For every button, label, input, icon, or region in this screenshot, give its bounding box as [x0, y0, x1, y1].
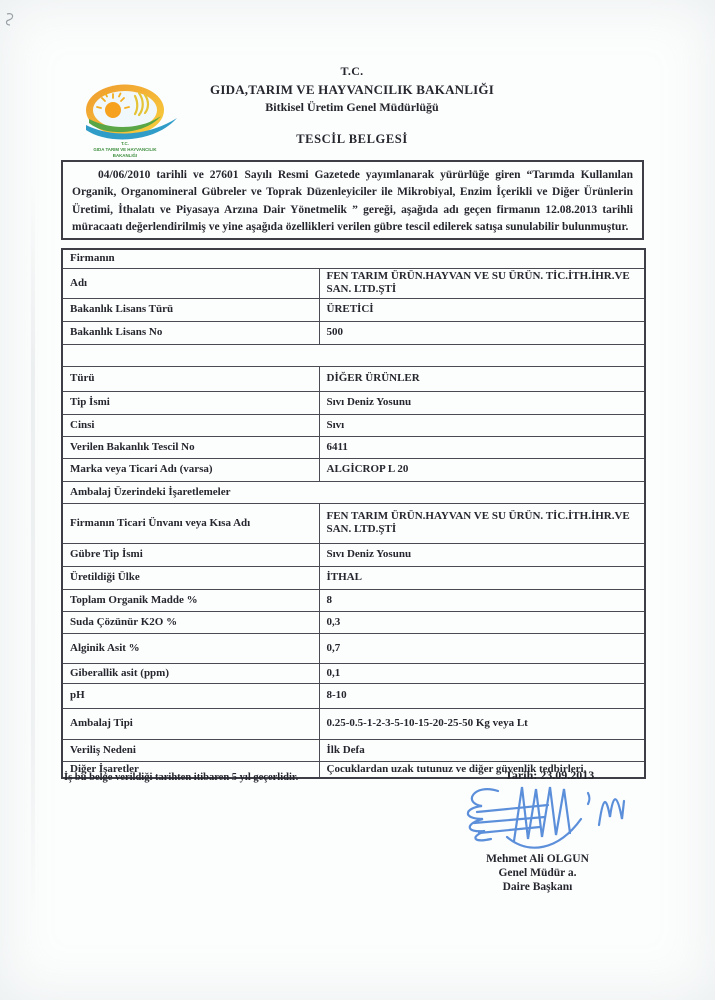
signer-block: Mehmet Ali OLGUN Genel Müdür a. Daire Ba…	[440, 852, 635, 894]
table-row: Suda Çözünür K2O %0,3	[62, 611, 645, 633]
table-row: CinsiSıvı	[62, 414, 645, 436]
field-value: 0,1	[319, 663, 645, 683]
table-row: Üretildiği ÜlkeİTHAL	[62, 566, 645, 589]
table-row: Veriliş Nedeniİlk Defa	[62, 739, 645, 761]
field-value: ALGİCROP L 20	[319, 458, 645, 481]
document-title: TESCİL BELGESİ	[0, 132, 704, 147]
field-label: Tip İsmi	[62, 391, 319, 414]
field-value: DİĞER ÜRÜNLER	[319, 366, 645, 391]
field-label: Adı	[62, 268, 319, 298]
section-header-row: Firmanın	[62, 249, 645, 268]
signer-title-1: Genel Müdür a.	[440, 866, 635, 880]
logo-caption-ministry: GIDA TARIM VE HAYVANCILIK	[93, 147, 157, 152]
field-label: Ambalaj Tipi	[62, 708, 319, 739]
field-value: 8-10	[319, 683, 645, 708]
signer-name: Mehmet Ali OLGUN	[440, 852, 635, 866]
section-title: Ambalaj Üzerindeki İşaretlemeler	[62, 481, 645, 503]
intro-paragraph: 04/06/2010 tarihli ve 27601 Sayılı Resmi…	[72, 167, 633, 236]
table-row: Tip İsmiSıvı Deniz Yosunu	[62, 391, 645, 414]
intro-box: 04/06/2010 tarihli ve 27601 Sayılı Resmi…	[61, 160, 644, 240]
field-value: FEN TARIM ÜRÜN.HAYVAN VE SU ÜRÜN. TİC.İT…	[319, 268, 645, 298]
table-row: Verilen Bakanlık Tescil No6411	[62, 436, 645, 458]
table-row: Bakanlık Lisans No500	[62, 321, 645, 344]
field-value: 0.25-0.5-1-2-3-5-10-15-20-25-50 Kg veya …	[319, 708, 645, 739]
spacer-row	[62, 344, 645, 366]
signature-ink	[452, 781, 634, 855]
republic-title: T.C.	[0, 64, 704, 79]
field-value: ÜRETİCİ	[319, 298, 645, 321]
table-row: Marka veya Ticari Adı (varsa)ALGİCROP L …	[62, 458, 645, 481]
table-row: Ambalaj Tipi0.25-0.5-1-2-3-5-10-15-20-25…	[62, 708, 645, 739]
field-label: pH	[62, 683, 319, 708]
directorate-title: Bitkisel Üretim Genel Müdürlüğü	[0, 100, 704, 115]
logo-caption-bakanlik: BAKANLIĞI	[113, 153, 137, 158]
table-row: Firmanın Ticari Ünvanı veya Kısa AdıFEN …	[62, 503, 645, 543]
validity-note: İş bu belge verildiği tarihten itibaren …	[64, 772, 298, 783]
field-label: Giberallik asit (ppm)	[62, 663, 319, 683]
field-value: Çocuklardan uzak tutunuz ve diğer güvenl…	[319, 761, 645, 778]
field-label: Gübre Tip İsmi	[62, 543, 319, 566]
field-value: 6411	[319, 436, 645, 458]
field-label: Verilen Bakanlık Tescil No	[62, 436, 319, 458]
field-value: 0,3	[319, 611, 645, 633]
spacer-cell	[62, 344, 645, 366]
field-label: Üretildiği Ülke	[62, 566, 319, 589]
ministry-title: GIDA,TARIM VE HAYVANCILIK BAKANLIĞI	[0, 82, 704, 98]
field-value: 0,7	[319, 633, 645, 663]
table-row: TürüDİĞER ÜRÜNLER	[62, 366, 645, 391]
table-row: AdıFEN TARIM ÜRÜN.HAYVAN VE SU ÜRÜN. TİC…	[62, 268, 645, 298]
header-title-block: T.C. GIDA,TARIM VE HAYVANCILIK BAKANLIĞI…	[0, 64, 704, 147]
field-value: Sıvı Deniz Yosunu	[319, 543, 645, 566]
table-row: Alginik Asit %0,7	[62, 633, 645, 663]
scanned-certificate-page: T.C. GIDA TARIM VE HAYVANCILIK BAKANLIĞI…	[0, 0, 715, 1000]
field-label: Cinsi	[62, 414, 319, 436]
field-label: Türü	[62, 366, 319, 391]
field-value: 500	[319, 321, 645, 344]
signer-title-2: Daire Başkanı	[440, 880, 635, 894]
field-value: İTHAL	[319, 566, 645, 589]
field-label: Bakanlık Lisans Türü	[62, 298, 319, 321]
field-value: 8	[319, 589, 645, 611]
field-value: FEN TARIM ÜRÜN.HAYVAN VE SU ÜRÜN. TİC.İT…	[319, 503, 645, 543]
registration-table: FirmanınAdıFEN TARIM ÜRÜN.HAYVAN VE SU Ü…	[61, 248, 646, 779]
section-title: Firmanın	[62, 249, 645, 268]
field-label: Marka veya Ticari Adı (varsa)	[62, 458, 319, 481]
field-value: Sıvı	[319, 414, 645, 436]
field-label: Toplam Organik Madde %	[62, 589, 319, 611]
field-label: Alginik Asit %	[62, 633, 319, 663]
table-row: Toplam Organik Madde %8	[62, 589, 645, 611]
field-value: İlk Defa	[319, 739, 645, 761]
field-value: Sıvı Deniz Yosunu	[319, 391, 645, 414]
table-row: pH8-10	[62, 683, 645, 708]
field-label: Suda Çözünür K2O %	[62, 611, 319, 633]
field-label: Bakanlık Lisans No	[62, 321, 319, 344]
table-row: Bakanlık Lisans TürüÜRETİCİ	[62, 298, 645, 321]
field-label: Firmanın Ticari Ünvanı veya Kısa Adı	[62, 503, 319, 543]
table-row: Gübre Tip İsmiSıvı Deniz Yosunu	[62, 543, 645, 566]
table-row: Giberallik asit (ppm)0,1	[62, 663, 645, 683]
field-label: Veriliş Nedeni	[62, 739, 319, 761]
section-header-row: Ambalaj Üzerindeki İşaretlemeler	[62, 481, 645, 503]
pen-mark-icon	[4, 12, 18, 28]
scan-fold-streak	[31, 180, 35, 920]
